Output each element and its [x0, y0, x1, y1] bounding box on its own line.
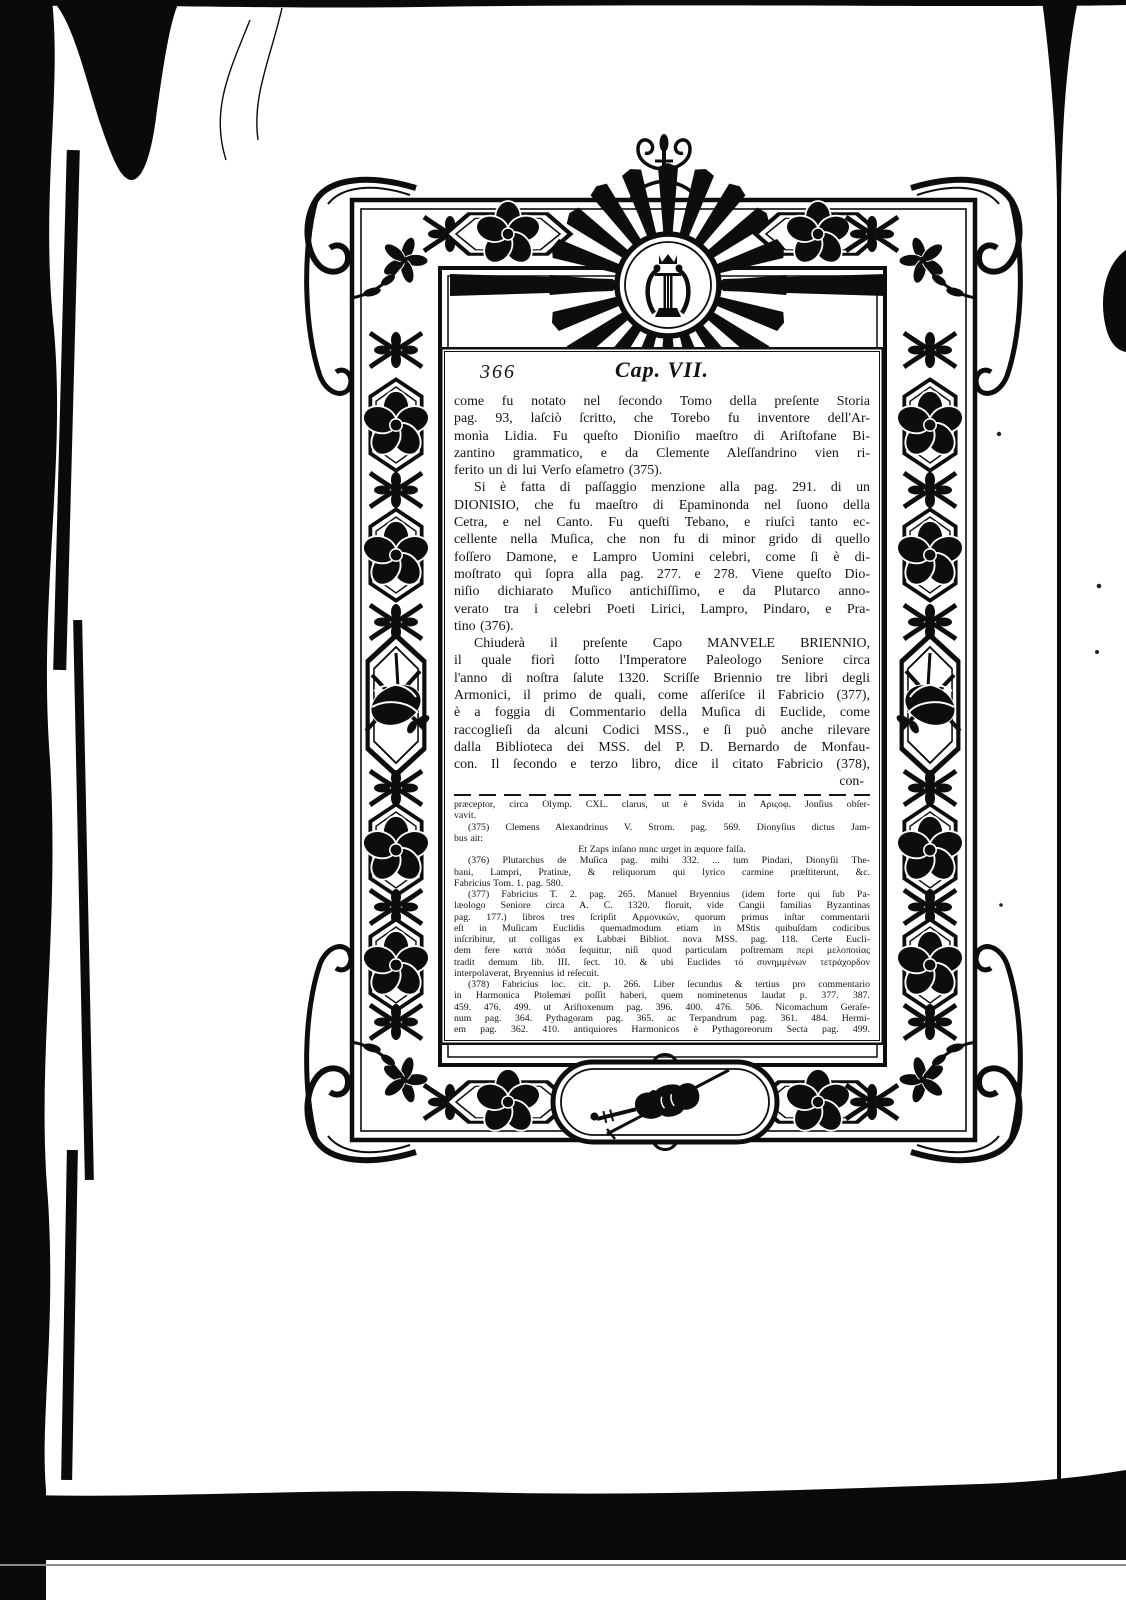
text-line: inſcribitur, ut colligas ex Labbæi Bibli… — [454, 934, 870, 945]
text-line: læologo Seniore circa A. C. 1320. florui… — [454, 900, 870, 911]
text-line: pag. 93, laſciò ſcritto, che Torebo fu i… — [454, 410, 870, 427]
paragraph: Chiuderà il preſente Capo MANVELE BRIENN… — [454, 635, 870, 773]
text-line: monìa Lidia. Fu queſto Dioniſio maeſtro … — [454, 428, 870, 445]
text-line: Armonici, il primo de quali, come aſſeri… — [454, 687, 870, 704]
footnote: (378) Fabricius loc. cit. p. 266. Liber … — [454, 979, 870, 1035]
text-line: Cetra, e nel Canto. Fu queſti Tebano, e … — [454, 514, 870, 531]
text-line: Chiuderà il preſente Capo MANVELE BRIENN… — [454, 635, 870, 652]
text-line: in Harmonica Ptolemæi poſſit haberi, que… — [454, 990, 870, 1001]
text-line: (376) Plutarchus de Muſica pag. mihi 332… — [454, 855, 870, 866]
right-border-band — [893, 332, 966, 1040]
text-line: è a foggia di Commentario della Muſica d… — [454, 704, 870, 721]
text-line: 459. 476. 499. ut Ariſtoxenum pag. 396. … — [454, 1002, 870, 1013]
text-line: l'anno di noſtra ſalute 1320. Scriſſe Br… — [454, 670, 870, 687]
text-line: con. Il ſecondo e terzo libro, dice il c… — [454, 756, 870, 773]
paragraph: come fu notato nel ſecondo Tomo della pr… — [454, 393, 870, 479]
text-line: moſtrato quì ſopra alla pag. 277. e 278.… — [454, 566, 870, 583]
text-line: verato tra i celebri Poeti Lirici, Lampr… — [454, 601, 870, 618]
text-line: cellente nella Muſica, che non fu di min… — [454, 531, 870, 548]
footnote: præceptor, circa Olymp. CXL. clarus, ut … — [454, 799, 870, 822]
violin-and-bow-cartouche — [553, 1055, 777, 1150]
text-line: Si è fatta di paſſaggio menzione alla pa… — [454, 479, 870, 496]
footnote: (376) Plutarchus de Muſica pag. mihi 332… — [454, 855, 870, 889]
text-line: foſſero Damone, e Lampro Uomini celebri,… — [454, 549, 870, 566]
text-line: come fu notato nel ſecondo Tomo della pr… — [454, 393, 870, 410]
left-border-band — [359, 332, 432, 1040]
bottom-hairline — [0, 1564, 1126, 1566]
page-number: 366 — [480, 361, 516, 384]
text-line: (378) Fabricius loc. cit. p. 266. Liber … — [454, 979, 870, 990]
footnotes: præceptor, circa Olymp. CXL. clarus, ut … — [454, 799, 870, 1035]
text-line: niſio dichiarato Muſico antichiſſimo, e … — [454, 583, 870, 600]
text-line: eſt in Muſicam Euclidis quemadmodum etia… — [454, 923, 870, 934]
text-line: vavit. — [454, 810, 870, 821]
text-line: pag. 177.) libros tres ſcripſit Αρμονικώ… — [454, 912, 870, 923]
text-line: il quale fiorì ſotto l'Imperatore Paleol… — [454, 652, 870, 669]
text-line: num pag. 364. Pythagoram pag. 365. ac Te… — [454, 1013, 870, 1024]
footnote: (375) Clemens Alexandrinus V. Strom. pag… — [454, 822, 870, 856]
text-line: præceptor, circa Olymp. CXL. clarus, ut … — [454, 799, 870, 810]
bottom-edge-shadow — [0, 1470, 1126, 1560]
text-line: tradit demum lib. III. ſect. 10. & ubi E… — [454, 957, 870, 968]
text-line: tino (376). — [454, 618, 870, 635]
text-line: DIONISIO, che fu maeſtro di Epaminonda n… — [454, 497, 870, 514]
footnote-separator — [454, 794, 870, 797]
facing-page-ornament-fragment — [1103, 250, 1126, 352]
binding-shadow-left — [0, 0, 57, 1600]
main-text: come fu notato nel ſecondo Tomo della pr… — [454, 393, 870, 774]
text-line: dem fere κατά πόδα ſequitur, niſi quod p… — [454, 945, 870, 956]
text-line: bus ait: — [454, 833, 870, 844]
page-header: 366 Cap. VII. — [454, 357, 870, 389]
text-line: ferito un di lui Verſo eſametro (375). — [454, 462, 870, 479]
catchword: con- — [454, 774, 870, 790]
paragraph: Si è fatta di paſſaggio menzione alla pa… — [454, 479, 870, 635]
acanthus-crest-icon — [630, 134, 698, 201]
text-line: dalla Biblioteca dei MSS. del P. D. Bern… — [454, 739, 870, 756]
scanned-book-page: 366 Cap. VII. come fu notato nel ſecondo… — [0, 0, 1126, 1600]
text-line: zantino grammatico, e da Clemente Aleſſa… — [454, 445, 870, 462]
text-line: (375) Clemens Alexandrinus V. Strom. pag… — [454, 822, 870, 833]
text-line: raccoglieſi da alcuni Codici MSS., e ſi … — [454, 722, 870, 739]
text-block: 366 Cap. VII. come fu notato nel ſecondo… — [444, 351, 880, 1041]
footnote: (377) Fabricius T. 2. pag. 265. Manuel B… — [454, 889, 870, 979]
text-line: (377) Fabricius T. 2. pag. 265. Manuel B… — [454, 889, 870, 900]
text-line: em pag. 362. 410. antiquiores Harmonicos… — [454, 1024, 870, 1035]
text-line: Et Zaps inſano nunc urget in æquore falſ… — [454, 844, 870, 855]
text-line: Fabricius Tom. 1. pag. 580. — [454, 878, 870, 889]
top-edge-strip — [46, 0, 1126, 7]
text-line: bani, Lampri, Pratinæ, & reliquorum qui … — [454, 867, 870, 878]
chapter-heading: Cap. VII. — [454, 357, 870, 383]
text-line: interpolaverat, Bryennius id reſecuit. — [454, 968, 870, 979]
